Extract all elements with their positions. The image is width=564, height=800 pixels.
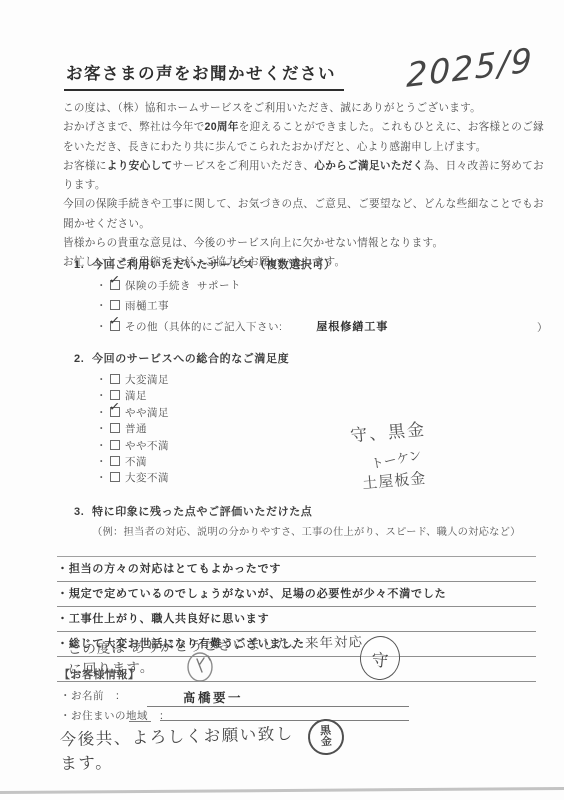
handwritten-closing-note: 今後共、よろしくお願い致します。: [59, 720, 310, 775]
intro-paragraph: この度は、（株）協和ホームサービスをご利用いただき、誠にありがとうございます。: [63, 99, 544, 118]
q2-option: ・大変満足: [96, 372, 289, 388]
checkbox-checked: ✓: [110, 407, 120, 417]
checkbox-unchecked: [110, 472, 120, 482]
page-title: お客さまの声をお聞かせください: [64, 60, 344, 91]
question-2: 2.今回のサービスへの総合的なご満足度 ・大変満足 ・満足 ・✓やや満足 ・普通…: [74, 350, 289, 487]
checkbox-unchecked: [110, 300, 120, 310]
name-underline: [147, 706, 409, 707]
q2-option: ・普通: [96, 421, 289, 437]
q3-answer-row: ・工事仕上がり、職人共良好に思います: [57, 607, 536, 632]
scan-paper-edge: [0, 787, 564, 793]
q3-answer-row: ・規定で定めているのでしょうがないが、足場の必要性が少々不満でした: [57, 582, 536, 607]
handwritten-staff-names: 守、黒金 トーケン 土屋板金: [349, 415, 431, 494]
handwritten-date: 2025/9: [406, 40, 534, 95]
q1-option-other: ・✓その他（具体的にご記入下さい:屋根修繕工事）: [96, 318, 548, 338]
handwritten-note: サポート: [197, 277, 241, 294]
question-1: 1.今回ご利用いただいたサービス（複数選択可） ・✓保険の手続きサポート ・雨樋…: [74, 256, 548, 338]
region-underline: [129, 721, 151, 722]
question-3-example: （例：担当者の対応、説明の分かりやすさ、工事の仕上がり、スピード、職人の対応など…: [92, 523, 521, 538]
customer-info-heading: 【お客様情報】: [59, 666, 140, 682]
hanko-stamp-kurogane: 黒 金: [307, 718, 345, 756]
checkbox-unchecked: [110, 423, 120, 433]
handwritten-line: 守、黒金: [349, 415, 427, 447]
handwritten-check-icon: ✓: [108, 272, 121, 288]
region-label: ・お住まいの地域 ：: [60, 708, 170, 723]
intro-paragraph: 皆様からの貴重な意見は、今後のサービス向上に欠かせない情報となります。: [63, 234, 544, 253]
q1-option-gutter: ・雨樋工事: [96, 298, 548, 318]
scanned-survey-page: 2025/9 お客さまの声をお聞かせください この度は、（株）協和ホームサービス…: [0, 0, 564, 800]
checkbox-unchecked: [110, 374, 120, 384]
q1-option-insurance: ・✓保険の手続きサポート: [96, 278, 548, 298]
checkbox-checked: ✓: [110, 280, 120, 290]
question-2-title: 2.今回のサービスへの総合的なご満足度: [74, 350, 289, 366]
q3-answer-row: ・担当の方々の対応はとてもよかったです: [57, 557, 536, 582]
intro-paragraph: 今回の保険手続きや工事に関して、お気づきの点、ご意見、ご要望など、どんな些細なこ…: [63, 195, 544, 234]
q2-option: ・不満: [96, 454, 289, 470]
name-label: ・お名前 ：: [60, 688, 126, 703]
intro-paragraph: お客様により安心してサービスをご利用いただき、心からご満足いただく為、日々改善に…: [63, 157, 544, 196]
q2-option: ・✓やや満足: [96, 405, 289, 421]
question-3: 3.特に印象に残った点やご評価いただけた点 （例：担当者の対応、説明の分かりやす…: [74, 503, 521, 538]
handwritten-check-icon: ✓: [108, 313, 121, 329]
intro-text: この度は、（株）協和ホームサービスをご利用いただき、誠にありがとうございます。 …: [63, 99, 544, 273]
checkbox-checked: ✓: [110, 321, 120, 331]
checkbox-unchecked: [110, 456, 120, 466]
intro-paragraph: おかげさまで、弊社は今年で20周年を迎えることができました。これもひとえに、お客…: [63, 118, 544, 157]
q2-option: ・満足: [96, 388, 289, 404]
checkbox-unchecked: [110, 440, 120, 450]
customer-name-value: 髙橋要一: [183, 688, 243, 706]
question-1-title: 1.今回ご利用いただいたサービス（複数選択可）: [74, 256, 548, 272]
handwritten-check-icon: ✓: [108, 399, 121, 415]
question-3-title: 3.特に印象に残った点やご評価いただけた点: [74, 503, 521, 519]
handwritten-scribble-mark: [186, 650, 218, 684]
q2-option: ・大変不満: [96, 470, 289, 486]
q2-option: ・やや不満: [96, 438, 289, 454]
q1-other-answer: 屋根修繕工事: [316, 321, 388, 333]
